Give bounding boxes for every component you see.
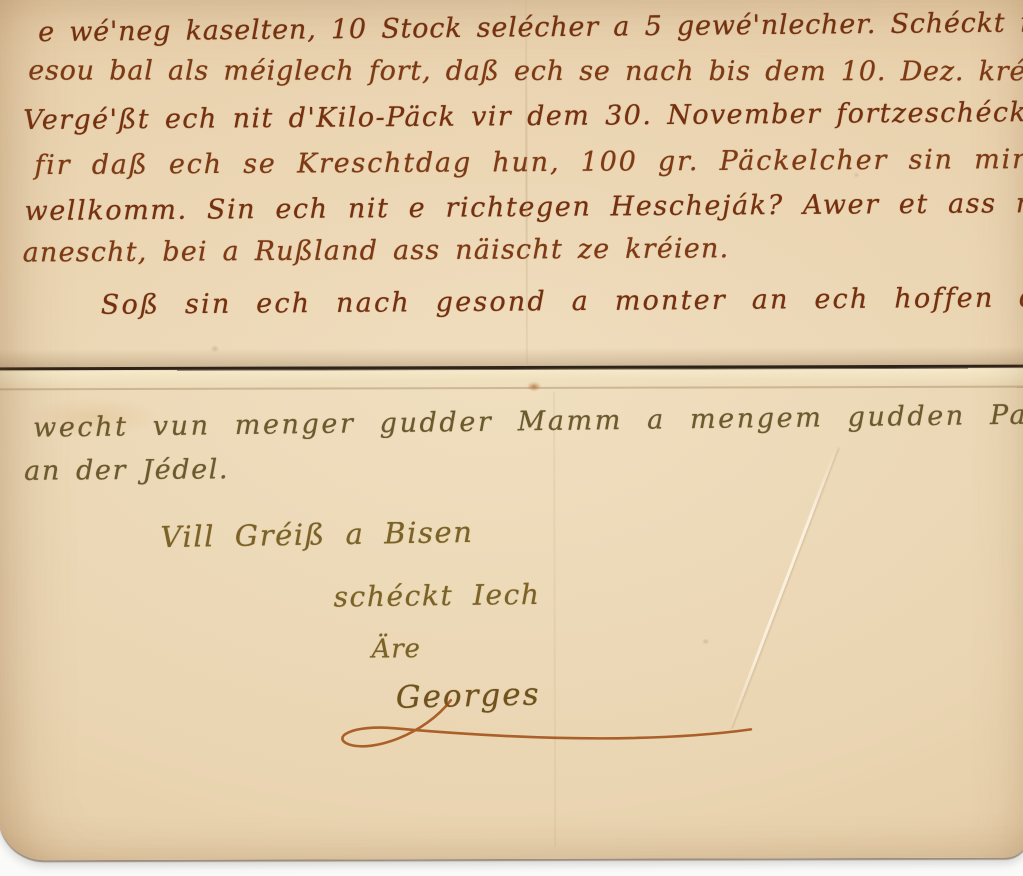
closing-sends-line: schéckt Iech bbox=[333, 578, 540, 614]
closing-your-line: Äre bbox=[372, 634, 421, 664]
diagonal-crease bbox=[729, 447, 839, 728]
handwriting-line-6: anescht, bei a Rußland ass näischt ze kr… bbox=[23, 233, 730, 268]
handwriting-line-9: an der Jédel. bbox=[24, 454, 229, 487]
handwriting-line-4: fir daß ech se Kreschtdag hun, 100 gr. P… bbox=[34, 144, 1023, 182]
signature-flourish bbox=[303, 693, 763, 766]
vertical-crease-bottom bbox=[553, 392, 556, 847]
closing-greetings-line: Vill Gréiß a Bisen bbox=[160, 515, 474, 554]
scanner-background: e wé'neg kaselten, 10 Stock selécher a 5… bbox=[0, 0, 1023, 876]
handwriting-line-8: wecht vun menger gudder Mamm a mengem gu… bbox=[33, 399, 1023, 444]
letter-paper: e wé'neg kaselten, 10 Stock selécher a 5… bbox=[0, 0, 1023, 860]
